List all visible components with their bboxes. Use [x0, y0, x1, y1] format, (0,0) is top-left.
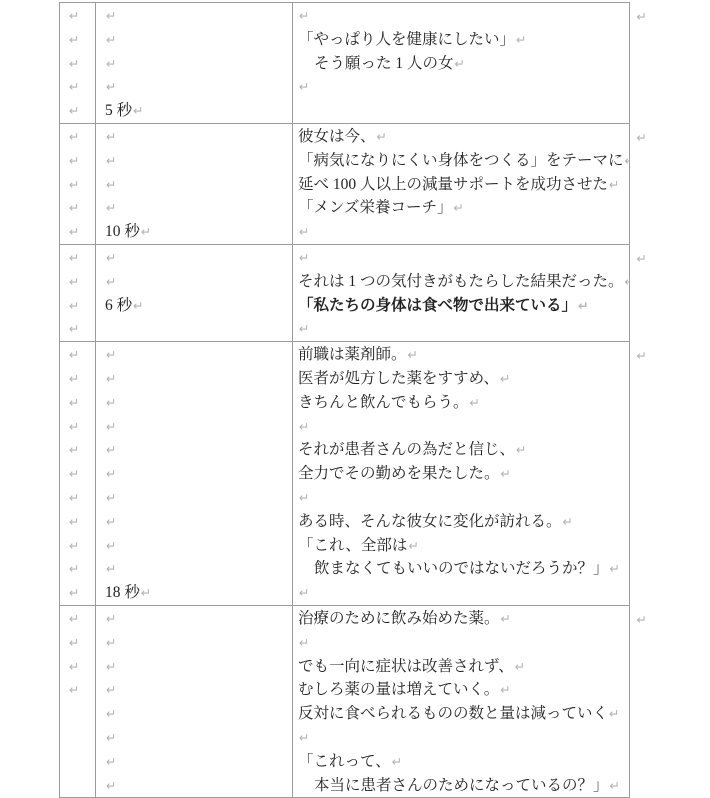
end-of-row-mark-icon: ↵ [637, 608, 647, 632]
script-line[interactable]: 「私たちの身体は食べ物で出来ている」↵ [298, 294, 626, 318]
timing-line[interactable]: ↵ [105, 415, 292, 439]
script-line[interactable] [298, 99, 626, 123]
paragraph-mark-icon: ↵ [299, 635, 309, 650]
paragraph-mark-icon: ↵ [69, 585, 79, 600]
end-of-row-mark-icon: ↵ [637, 126, 647, 150]
gutter-line: ↵ [68, 462, 95, 486]
paragraph-mark-icon: ↵ [625, 153, 630, 168]
paragraph-mark-icon: ↵ [69, 274, 79, 289]
script-line[interactable]: それが患者さんの為だと信じ、↵ [298, 438, 626, 462]
gutter-line: ↵ [68, 510, 95, 534]
gutter-line: ↵ [68, 196, 95, 220]
script-line-text: 飲まなくてもいいのではないだろうか？」 [314, 560, 609, 577]
timing-line[interactable]: ↵ [105, 4, 292, 28]
script-line[interactable]: そう願った 1 人の女↵ [298, 52, 626, 76]
paragraph-mark-icon: ↵ [501, 466, 511, 481]
script-line[interactable]: 前職は薬剤師。↵ [298, 343, 626, 367]
script-line-text: 「メンズ栄養コーチ」 [298, 199, 453, 216]
paragraph-mark-icon: ↵ [69, 490, 79, 505]
paragraph-mark-icon: ↵ [299, 490, 309, 505]
paragraph-mark-icon: ↵ [69, 32, 79, 47]
paragraph-mark-icon: ↵ [69, 79, 79, 94]
paragraph-mark-icon: ↵ [69, 682, 79, 697]
paragraph-mark-icon: ↵ [625, 274, 630, 289]
paragraph-mark-icon: ↵ [141, 224, 151, 239]
timing-line[interactable]: ↵ [105, 510, 292, 534]
paragraph-mark-icon: ↵ [69, 611, 79, 626]
timing-line[interactable]: ↵ [105, 173, 292, 197]
paragraph-mark-icon: ↵ [106, 177, 116, 192]
timing-cell[interactable]: ↵↵6 秒↵ [96, 245, 293, 341]
gutter-line: ↵ [68, 367, 95, 391]
paragraph-mark-icon: ↵ [500, 371, 510, 386]
table-row: ↵↵↵↵↵↵↵↵↵10 秒↵彼女は今、↵「病気になりにくい身体をつくる」をテーマ… [60, 124, 630, 245]
timing-line[interactable]: ↵ [105, 462, 292, 486]
paragraph-mark-icon: ↵ [106, 706, 116, 721]
paragraph-mark-icon: ↵ [106, 611, 116, 626]
paragraph-mark-icon: ↵ [563, 514, 573, 529]
gutter-line: ↵ [68, 99, 95, 123]
paragraph-mark-icon: ↵ [69, 538, 79, 553]
script-line-text: 反対に食べられるものの数と量は減っていく [298, 705, 608, 722]
script-line[interactable]: 「メンズ栄養コーチ」↵ [298, 196, 626, 220]
paragraph-mark-icon: ↵ [141, 585, 151, 600]
paragraph-mark-icon: ↵ [609, 706, 619, 721]
table-row: ↵↵↵↵↵↵↵↵↵↵↵↵↵↵↵↵↵↵↵↵↵18 秒↵前職は薬剤師。↵医者が処方し… [60, 342, 630, 606]
paragraph-mark-icon: ↵ [299, 585, 309, 600]
timing-line[interactable]: ↵ [105, 270, 292, 294]
gutter-line: ↵ [68, 557, 95, 581]
script-line-text: それが患者さんの為だと信じ、 [298, 441, 515, 458]
end-of-row-mark-icon: ↵ [637, 344, 647, 368]
duration-label-text: 6 秒 [105, 297, 132, 314]
paragraph-mark-icon: ↵ [106, 250, 116, 265]
paragraph-mark-icon: ↵ [392, 754, 402, 769]
paragraph-mark-icon: ↵ [516, 442, 526, 457]
paragraph-mark-icon: ↵ [106, 56, 116, 71]
paragraph-mark-icon: ↵ [69, 8, 79, 23]
script-line-text: ある時、そんな彼女に変化が訪れる。 [298, 513, 562, 530]
duration-label-text: 5 秒 [105, 102, 132, 119]
script-line[interactable]: 「これって、↵ [298, 750, 626, 774]
paragraph-mark-icon: ↵ [69, 298, 79, 313]
paragraph-mark-icon: ↵ [133, 103, 143, 118]
table-row: ↵↵↵↵↵↵6 秒↵↵それは 1 つの気付きがもたらした結果だった。↵「私たちの… [60, 245, 630, 342]
timing-line[interactable]: ↵ [105, 391, 292, 415]
paragraph-mark-icon: ↵ [106, 466, 116, 481]
script-line[interactable]: ↵ [298, 581, 626, 605]
gutter-line: ↵ [68, 173, 95, 197]
script-line[interactable]: ↵ [298, 220, 626, 244]
paragraph-mark-icon: ↵ [106, 682, 116, 697]
timing-line[interactable]: ↵ [105, 438, 292, 462]
timing-line[interactable]: ↵ [105, 246, 292, 270]
paragraph-mark-icon: ↵ [69, 419, 79, 434]
timing-line[interactable]: ↵ [105, 367, 292, 391]
script-line-text: 「これって、 [298, 753, 391, 770]
script-line-text: 「これ、全部は [298, 537, 407, 554]
script-line-text: 彼女は今、 [298, 128, 376, 145]
script-line-text: でも一向に症状は改善されず、 [298, 658, 514, 675]
script-line[interactable]: ↵ [298, 317, 626, 341]
script-line-text: むしろ薬の量は増えていく。 [298, 681, 499, 698]
script-line-text: 全力でその勤めを果たした。 [298, 465, 500, 482]
gutter-cell[interactable]: ↵↵↵↵↵↵↵↵↵↵↵ [60, 342, 96, 605]
script-cell[interactable]: 治療のために飲み始めた薬。↵↵でも一向に症状は改善されず、↵むしろ薬の量は増えて… [293, 606, 630, 789]
timing-line[interactable]: ↵ [105, 149, 292, 173]
paragraph-mark-icon: ↵ [69, 103, 79, 118]
duration-label[interactable]: 6 秒↵ [105, 294, 292, 318]
paragraph-mark-icon: ↵ [377, 129, 387, 144]
paragraph-mark-icon: ↵ [106, 8, 116, 23]
script-line-text: 本当に患者さんのためになっているの？」 [314, 777, 609, 790]
script-line[interactable]: 反対に食べられるものの数と量は減っていく↵ [298, 702, 626, 726]
paragraph-mark-icon: ↵ [69, 129, 79, 144]
paragraph-mark-icon: ↵ [69, 347, 79, 362]
timing-line[interactable]: ↵ [105, 125, 292, 149]
script-cell[interactable]: 彼女は今、↵「病気になりにくい身体をつくる」をテーマに↵延べ 100 人以上の減… [293, 124, 630, 244]
gutter-line: ↵ [68, 28, 95, 52]
timing-line[interactable]: ↵ [105, 343, 292, 367]
gutter-line: ↵ [68, 270, 95, 294]
paragraph-mark-icon: ↵ [106, 395, 116, 410]
gutter-line: ↵ [68, 631, 95, 655]
paragraph-mark-icon: ↵ [106, 153, 116, 168]
paragraph-mark-icon: ↵ [106, 419, 116, 434]
end-of-row-mark-icon: ↵ [637, 5, 647, 29]
paragraph-mark-icon: ↵ [106, 200, 116, 215]
gutter-line: ↵ [68, 534, 95, 558]
paragraph-mark-icon: ↵ [69, 200, 79, 215]
script-line[interactable]: 「これ、全部は↵ [298, 534, 626, 558]
timing-line[interactable] [105, 317, 292, 341]
script-line[interactable]: ある時、そんな彼女に変化が訪れる。↵ [298, 510, 626, 534]
script-line-text: 前職は薬剤師。 [298, 346, 407, 363]
timing-line[interactable]: ↵ [105, 702, 292, 726]
paragraph-mark-icon: ↵ [106, 514, 116, 529]
paragraph-mark-icon: ↵ [106, 538, 116, 553]
gutter-line: ↵ [68, 438, 95, 462]
script-line[interactable]: 「病気になりにくい身体をつくる」をテーマに↵ [298, 149, 626, 173]
paragraph-mark-icon: ↵ [500, 682, 510, 697]
paragraph-mark-icon: ↵ [609, 177, 619, 192]
script-line[interactable]: むしろ薬の量は増えていく。↵ [298, 678, 626, 702]
script-line-text: それは 1 つの気付きがもたらした結果だった。 [298, 273, 624, 290]
timing-line[interactable]: ↵ [105, 726, 292, 750]
timing-cell[interactable]: ↵↵↵↵↵↵↵↵ [96, 606, 293, 789]
script-line-text: そう願った 1 人の女 [314, 55, 454, 72]
script-line[interactable]: 本当に患者さんのためになっているの？」↵ [298, 774, 626, 790]
paragraph-mark-icon: ↵ [69, 153, 79, 168]
script-line-text: 「私たちの身体は食べ物で出来ている」 [298, 297, 577, 314]
script-line-text: 医者が処方した薬をすすめ、 [298, 370, 499, 387]
paragraph-mark-icon: ↵ [69, 514, 79, 529]
paragraph-mark-icon: ↵ [106, 778, 116, 790]
duration-label[interactable]: 10 秒↵ [105, 220, 292, 244]
duration-label[interactable]: 5 秒↵ [105, 99, 292, 123]
table-row: ↵↵↵↵↵↵↵↵↵↵↵↵治療のために飲み始めた薬。↵↵でも一向に症状は改善されず… [60, 606, 630, 789]
paragraph-mark-icon: ↵ [455, 56, 465, 71]
paragraph-mark-icon: ↵ [408, 347, 418, 362]
duration-label[interactable]: 18 秒↵ [105, 581, 292, 605]
paragraph-mark-icon: ↵ [69, 395, 79, 410]
paragraph-mark-icon: ↵ [299, 224, 309, 239]
timing-line[interactable]: ↵ [105, 607, 292, 631]
timing-cell[interactable]: ↵↵↵↵10 秒↵ [96, 124, 293, 244]
table-row: ↵↵↵↵↵↵↵↵↵5 秒↵↵「やっぱり人を健康にしたい」↵そう願った 1 人の女… [60, 3, 630, 124]
timing-line[interactable]: ↵ [105, 28, 292, 52]
script-line-text: 「やっぱり人を健康にしたい」 [298, 31, 515, 48]
paragraph-mark-icon: ↵ [299, 250, 309, 265]
script-line-text: 治療のために飲み始めた薬。 [298, 610, 500, 627]
timing-line[interactable]: ↵ [105, 534, 292, 558]
gutter-cell[interactable]: ↵↵↵↵ [60, 245, 96, 341]
gutter-cell[interactable]: ↵↵↵↵↵ [60, 3, 96, 123]
gutter-line: ↵ [68, 655, 95, 679]
script-line[interactable]: ↵ [298, 486, 626, 510]
paragraph-mark-icon: ↵ [69, 659, 79, 674]
paragraph-mark-icon: ↵ [106, 442, 116, 457]
gutter-cell[interactable]: ↵↵↵↵ [60, 606, 96, 789]
script-line[interactable]: 「やっぱり人を健康にしたい」↵ [298, 28, 626, 52]
paragraph-mark-icon: ↵ [299, 79, 309, 94]
script-line[interactable]: ↵ [298, 246, 626, 270]
script-line[interactable]: 飲まなくてもいいのではないだろうか？」↵ [298, 557, 626, 581]
paragraph-mark-icon: ↵ [106, 32, 116, 47]
script-cell[interactable]: ↵「やっぱり人を健康にしたい」↵そう願った 1 人の女↵↵ [293, 3, 630, 123]
duration-label-text: 10 秒 [105, 223, 140, 240]
paragraph-mark-icon: ↵ [69, 635, 79, 650]
timing-line[interactable]: ↵ [105, 557, 292, 581]
gutter-line: ↵ [68, 607, 95, 631]
paragraph-mark-icon: ↵ [106, 371, 116, 386]
timing-cell[interactable]: ↵↵↵↵↵↵↵↵↵↵18 秒↵ [96, 342, 293, 605]
duration-label-text: 18 秒 [105, 584, 140, 601]
script-line[interactable]: 医者が処方した薬をすすめ、↵ [298, 367, 626, 391]
gutter-line: ↵ [68, 294, 95, 318]
script-table: ↵↵↵↵↵↵↵↵↵5 秒↵↵「やっぱり人を健康にしたい」↵そう願った 1 人の女… [59, 2, 630, 789]
paragraph-mark-icon: ↵ [106, 635, 116, 650]
gutter-line: ↵ [68, 246, 95, 270]
paragraph-mark-icon: ↵ [299, 8, 309, 23]
paragraph-mark-icon: ↵ [299, 321, 309, 336]
script-line-text: 「病気になりにくい身体をつくる」をテーマに [298, 152, 624, 169]
paragraph-mark-icon: ↵ [69, 224, 79, 239]
gutter-line: ↵ [68, 52, 95, 76]
script-line[interactable]: それは 1 つの気付きがもたらした結果だった。↵ [298, 270, 626, 294]
paragraph-mark-icon: ↵ [106, 659, 116, 674]
paragraph-mark-icon: ↵ [69, 321, 79, 336]
paragraph-mark-icon: ↵ [454, 200, 464, 215]
gutter-line: ↵ [68, 125, 95, 149]
script-line[interactable]: ↵ [298, 415, 626, 439]
paragraph-mark-icon: ↵ [299, 730, 309, 745]
timing-line[interactable]: ↵ [105, 774, 292, 790]
script-line-text: 延べ 100 人以上の減量サポートを成功させた [298, 176, 608, 193]
gutter-line: ↵ [68, 220, 95, 244]
gutter-line: ↵ [68, 486, 95, 510]
gutter-line: ↵ [68, 415, 95, 439]
paragraph-mark-icon: ↵ [610, 778, 620, 790]
paragraph-mark-icon: ↵ [69, 466, 79, 481]
script-cell[interactable]: ↵それは 1 つの気付きがもたらした結果だった。↵「私たちの身体は食べ物で出来て… [293, 245, 630, 341]
paragraph-mark-icon: ↵ [501, 611, 511, 626]
timing-line[interactable]: ↵ [105, 75, 292, 99]
script-line[interactable]: 全力でその勤めを果たした。↵ [298, 462, 626, 486]
paragraph-mark-icon: ↵ [69, 56, 79, 71]
paragraph-mark-icon: ↵ [106, 79, 116, 94]
script-line[interactable]: でも一向に症状は改善されず、↵ [298, 655, 626, 679]
script-line[interactable]: 延べ 100 人以上の減量サポートを成功させた↵ [298, 173, 626, 197]
paragraph-mark-icon: ↵ [106, 561, 116, 576]
paragraph-mark-icon: ↵ [408, 538, 418, 553]
script-cell[interactable]: 前職は薬剤師。↵医者が処方した薬をすすめ、↵きちんと飲んでもらう。↵↵それが患者… [293, 342, 630, 605]
paragraph-mark-icon: ↵ [69, 561, 79, 576]
gutter-line: ↵ [68, 343, 95, 367]
script-line[interactable]: ↵ [298, 726, 626, 750]
script-line[interactable]: ↵ [298, 4, 626, 28]
gutter-line: ↵ [68, 317, 95, 341]
gutter-line: ↵ [68, 581, 95, 605]
paragraph-mark-icon: ↵ [578, 298, 588, 313]
timing-line[interactable]: ↵ [105, 655, 292, 679]
paragraph-mark-icon: ↵ [106, 129, 116, 144]
timing-cell[interactable]: ↵↵↵↵5 秒↵ [96, 3, 293, 123]
script-line[interactable]: 彼女は今、↵ [298, 125, 626, 149]
timing-line[interactable]: ↵ [105, 52, 292, 76]
paragraph-mark-icon: ↵ [515, 659, 525, 674]
gutter-line: ↵ [68, 149, 95, 173]
gutter-line: ↵ [68, 4, 95, 28]
script-line[interactable]: きちんと飲んでもらう。↵ [298, 391, 626, 415]
gutter-line: ↵ [68, 391, 95, 415]
paragraph-mark-icon: ↵ [106, 754, 116, 769]
gutter-cell[interactable]: ↵↵↵↵↵ [60, 124, 96, 244]
paragraph-mark-icon: ↵ [470, 395, 480, 410]
paragraph-mark-icon: ↵ [106, 490, 116, 505]
paragraph-mark-icon: ↵ [69, 177, 79, 192]
script-line[interactable]: 治療のために飲み始めた薬。↵ [298, 607, 626, 631]
timing-line[interactable]: ↵ [105, 631, 292, 655]
timing-line[interactable]: ↵ [105, 486, 292, 510]
script-line-text: きちんと飲んでもらう。 [298, 394, 469, 411]
paragraph-mark-icon: ↵ [106, 730, 116, 745]
paragraph-mark-icon: ↵ [106, 274, 116, 289]
paragraph-mark-icon: ↵ [106, 347, 116, 362]
timing-line[interactable]: ↵ [105, 750, 292, 774]
script-line[interactable]: ↵ [298, 631, 626, 655]
paragraph-mark-icon: ↵ [69, 442, 79, 457]
timing-line[interactable]: ↵ [105, 196, 292, 220]
gutter-line: ↵ [68, 75, 95, 99]
paragraph-mark-icon: ↵ [299, 419, 309, 434]
timing-line[interactable]: ↵ [105, 678, 292, 702]
gutter-line: ↵ [68, 678, 95, 702]
paragraph-mark-icon: ↵ [69, 371, 79, 386]
paragraph-mark-icon: ↵ [516, 32, 526, 47]
end-of-row-mark-icon: ↵ [637, 247, 647, 271]
paragraph-mark-icon: ↵ [133, 298, 143, 313]
script-line[interactable]: ↵ [298, 75, 626, 99]
paragraph-mark-icon: ↵ [69, 250, 79, 265]
paragraph-mark-icon: ↵ [610, 561, 620, 576]
